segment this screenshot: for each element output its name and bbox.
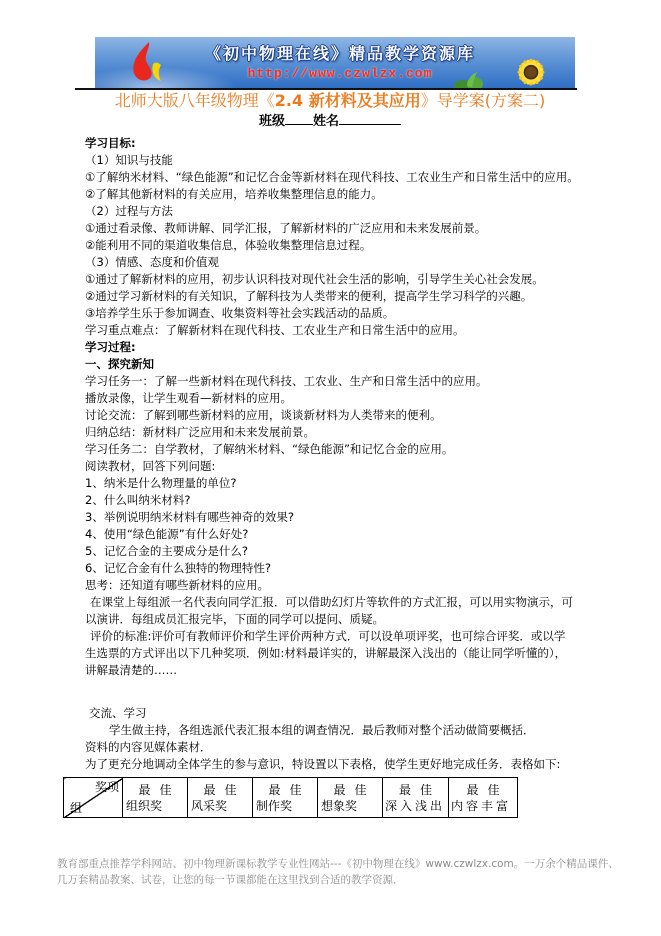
- body-line: ②通过学习新材料的有关知识，了解科技为人类带来的便利，提高学生学习科学的兴趣。: [85, 288, 575, 305]
- body-line: 学生做主持，各组选派代表汇报本组的调查情况．最后教师对整个活动做简要概括．: [85, 722, 575, 739]
- column-header-clarity: 最佳 深入浅出: [383, 778, 449, 818]
- body-line: 学习重点难点：了解新材料在现代科技、工农业生产和日常生活中的应用。: [85, 322, 575, 339]
- column-header-imagination: 最佳 想象奖: [318, 778, 383, 818]
- body-line: 思考：还知道有哪些新材料的应用。: [85, 577, 575, 594]
- body-line: 播放录像，让学生观看—新材料的应用。: [85, 390, 575, 407]
- section-learning-goals: 学习目标:: [85, 135, 575, 152]
- header-divider: [75, 88, 577, 90]
- body-line: （1）知识与技能: [85, 152, 575, 169]
- body-line: 归纳总结：新材料广泛应用和未来发展前景。: [85, 424, 575, 441]
- question-6: 6、记忆合金有什么独特的物理特性?: [85, 560, 575, 577]
- corner-label-group: 组: [70, 801, 82, 815]
- table-header-row: 奖项 组 最佳 组织奖 最佳 风采奖 最佳 制作奖 最佳 想象奖 最佳 深入浅出: [64, 778, 518, 818]
- corner-cell: 奖项 组: [64, 778, 123, 818]
- column-header-style: 最佳 风采奖: [188, 778, 253, 818]
- question-1: 1、纳米是什么物理量的单位?: [85, 475, 575, 492]
- site-logo-icon: [123, 40, 179, 86]
- title-bold: 2.4 新材料及其应用: [275, 91, 421, 110]
- corner-label-award: 奖项: [95, 780, 119, 794]
- body-line: ①通过了解新材料的应用，初步认识科技对现代社会生活的影响，引导学生关心社会发展。: [85, 271, 575, 288]
- footer-line-1: 教育部重点推荐学科网站、初中物理新课标教学专业性网站---《初中物理在线》www…: [57, 856, 657, 872]
- body-line: 讨论交流：了解到哪些新材料的应用，谈谈新材料为人类带来的便利。: [85, 407, 575, 424]
- body-line: 学习任务一：了解一些新材料在现代科技、工农业、生产和日常生活中的应用。: [85, 373, 575, 390]
- plant-icon: [453, 70, 487, 88]
- body-line: 阅读教材，回答下列问题:: [85, 458, 575, 475]
- section-exchange: 交流、学习: [85, 705, 575, 722]
- paragraph-evaluation: 评价的标准:评价可有教师评价和学生评价两种方式．可以设单项评奖，也可综合评奖．或…: [85, 628, 575, 679]
- sunflower-icon: [495, 49, 567, 88]
- page-title: 北师大版八年级物理《2.4 新材料及其应用》导学案(方案二): [85, 91, 575, 111]
- title-pre: 北师大版八年级物理《: [115, 91, 275, 110]
- site-url-link[interactable]: http://www.czwlzx.com: [185, 66, 495, 81]
- class-label: 班级: [259, 114, 285, 129]
- body-line: ①通过看录像、教师讲解、同学汇报，了解新材料的广泛应用和未来发展前景。: [85, 220, 575, 237]
- question-5: 5、记忆合金的主要成分是什么?: [85, 543, 575, 560]
- body-line: 为了更充分地调动全体学生的参与意识，特设置以下表格，使学生更好地完成任务．表格如…: [85, 756, 575, 773]
- document-body: 学习目标: （1）知识与技能 ①了解纳米材料、“绿色能源”和记忆合金等新材料在现…: [85, 135, 575, 773]
- class-name-line: 班级姓名: [85, 113, 575, 129]
- body-line: 学习任务二：自学教材，了解纳米材料、“绿色能源”和记忆合金的应用。: [85, 441, 575, 458]
- body-line: ②能利用不同的渠道收集信息，体验收集整理信息过程。: [85, 237, 575, 254]
- body-line: （2）过程与方法: [85, 203, 575, 220]
- question-4: 4、使用“绿色能源”有什么好处?: [85, 526, 575, 543]
- document-page: 《初中物理在线》精品教学资源库 http://www.czwlzx.com: [0, 0, 661, 936]
- class-blank-field: [285, 113, 313, 125]
- section-explore: 一、探究新知: [85, 356, 575, 373]
- body-line: 资料的内容见媒体素材．: [85, 739, 575, 756]
- body-line: ②了解其他新材料的有关应用，培养收集整理信息的能力。: [85, 186, 575, 203]
- question-3: 3、举例说明纳米材料有哪些神奇的效果?: [85, 509, 575, 526]
- paragraph-report: 在课堂上每组派一名代表向同学汇报．可以借助幻灯片等软件的方式汇报，可以用实物演示…: [85, 594, 575, 628]
- site-banner: 《初中物理在线》精品教学资源库 http://www.czwlzx.com: [95, 37, 575, 88]
- name-label: 姓名: [313, 114, 339, 129]
- column-header-production: 最佳 制作奖: [253, 778, 318, 818]
- title-post: 》导学案(方案二): [421, 91, 546, 110]
- column-header-organization: 最佳 组织奖: [123, 778, 188, 818]
- body-line: （3）情感、态度和价值观: [85, 254, 575, 271]
- name-blank-field: [339, 113, 401, 125]
- awards-table: 奖项 组 最佳 组织奖 最佳 风采奖 最佳 制作奖 最佳 想象奖 最佳 深入浅出: [63, 777, 518, 818]
- page-footer: 教育部重点推荐学科网站、初中物理新课标教学专业性网站---《初中物理在线》www…: [57, 856, 657, 888]
- body-line: ③培养学生乐于参加调查、收集资料等社会实践活动的品质。: [85, 305, 575, 322]
- column-header-content: 最佳 内容丰富: [449, 778, 518, 818]
- question-2: 2、什么叫纳米材料?: [85, 492, 575, 509]
- body-line: ①了解纳米材料、“绿色能源”和记忆合金等新材料在现代科技、工农业生产和日常生活中…: [85, 169, 575, 186]
- site-title: 《初中物理在线》精品教学资源库: [185, 41, 495, 64]
- section-learning-process: 学习过程:: [85, 339, 575, 356]
- footer-line-2: 几万套精品教案、试卷，让您的每一节课都能在这里找到合适的教学资源．: [57, 872, 657, 888]
